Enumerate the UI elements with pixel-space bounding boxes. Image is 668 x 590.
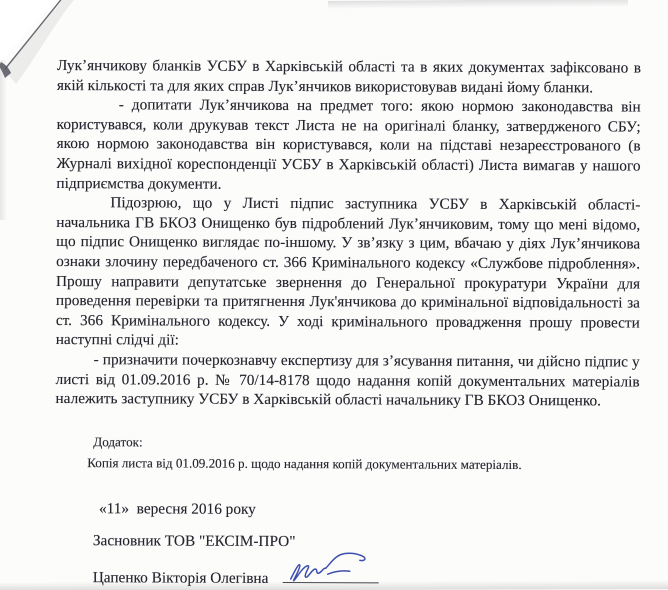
closing-block: «11» вересня 2016 року Засновник ТОВ "ЕК… <box>93 499 639 590</box>
handwritten-signature-icon <box>284 549 376 587</box>
attachment-section: Додаток: Копія листа від 01.09.2016 р. щ… <box>87 431 639 475</box>
signature-line <box>282 564 378 583</box>
letter-body: Лук’янчикову бланків УСБУ в Харківській … <box>55 56 641 590</box>
attachment-label: Додаток: <box>93 431 639 454</box>
scan-smudge-top <box>328 0 628 9</box>
list-item-interrogate: - допитати Лук’янчикова на предмет того:… <box>56 95 640 196</box>
list-item-expertise: - призначити почеркознавчу експертизу дл… <box>55 350 639 411</box>
signatory-name: Цапенко Вікторія Олегівна <box>93 569 269 587</box>
paragraph-continuation: Лук’янчикову бланків УСБУ в Харківській … <box>57 56 641 98</box>
attachment-text: Копія листа від 01.09.2016 р. щодо надан… <box>87 452 639 475</box>
signatory-line: Цапенко Вікторія Олегівна <box>93 563 639 590</box>
date-line: «11» вересня 2016 року <box>99 499 639 521</box>
scanned-document-page: Лук’янчикову бланків УСБУ в Харківській … <box>0 0 668 590</box>
paragraph-suspicion: Підозрюю, що у Листі підпис заступника У… <box>56 193 641 352</box>
